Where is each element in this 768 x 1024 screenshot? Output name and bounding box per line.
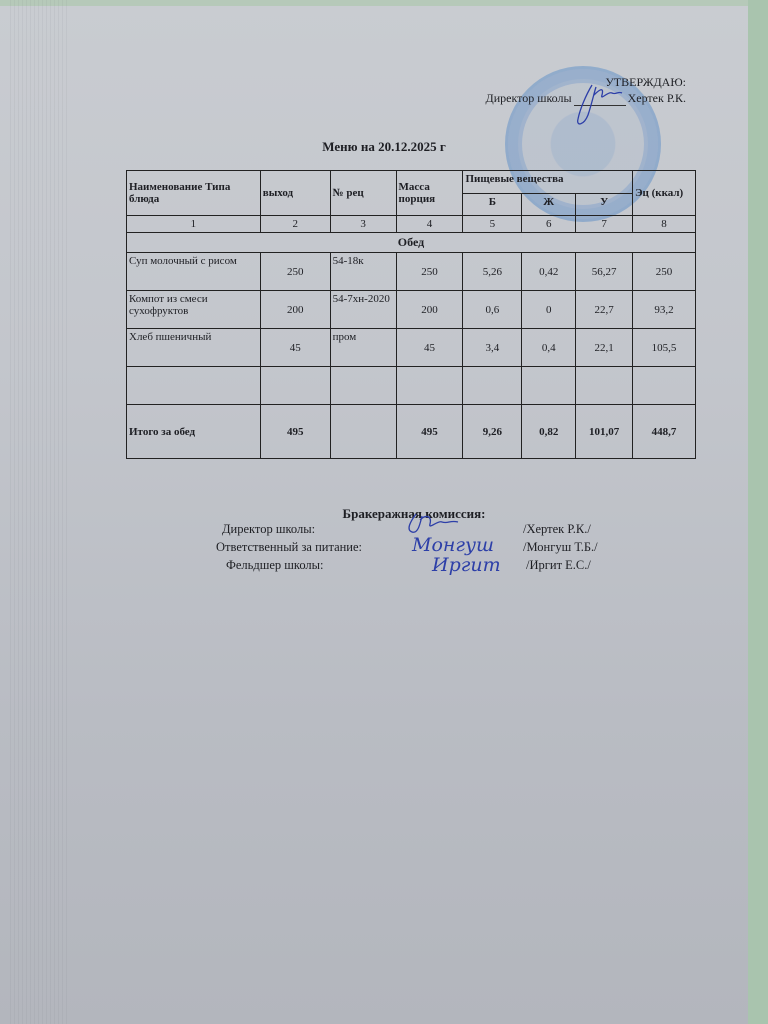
column-number: 5	[463, 216, 522, 233]
dish-name: Суп молочный с рисом	[127, 253, 261, 291]
total-fat: 0,82	[522, 405, 576, 459]
dish-carbs: 22,1	[576, 329, 633, 367]
dish-carbs: 56,27	[576, 253, 633, 291]
header-recipe: № рец	[330, 171, 396, 216]
page-title: Меню на 20.12.2025 г	[0, 139, 768, 155]
approval-block: УТВЕРЖДАЮ: Директор школы Хертек Р.К.	[486, 74, 686, 106]
total-protein: 9,26	[463, 405, 522, 459]
total-row: Итого за обед 495 495 9,26 0,82 101,07 4…	[127, 405, 696, 459]
dish-recipe: 54-18к	[330, 253, 396, 291]
approval-role: Директор школы	[486, 90, 572, 106]
header-name: Наименование Типа блюда	[127, 171, 261, 216]
dish-protein: 3,4	[463, 329, 522, 367]
member-role: Фельдшер школы:	[226, 558, 324, 573]
total-mass: 495	[396, 405, 463, 459]
column-number: 7	[576, 216, 633, 233]
dish-mass: 45	[396, 329, 463, 367]
column-number: 6	[522, 216, 576, 233]
dish-output: 250	[260, 253, 330, 291]
empty-cell	[633, 367, 696, 405]
header-output: выход	[260, 171, 330, 216]
dish-name: Компот из смеси сухофруктов	[127, 291, 261, 329]
signature-icon	[402, 510, 482, 536]
dish-mass: 250	[396, 253, 463, 291]
empty-row	[127, 367, 696, 405]
column-number: 3	[330, 216, 396, 233]
menu-table: Наименование Типа блюда выход № рец Масс…	[126, 170, 696, 459]
table-row: Хлеб пшеничный 45 пром 45 3,4 0,4 22,1 1…	[127, 329, 696, 367]
dish-recipe: пром	[330, 329, 396, 367]
commission-member: Ответственный за питание: Монгуш /Монгуш…	[0, 540, 768, 558]
approval-name: Хертек Р.К.	[628, 90, 686, 106]
dish-fat: 0,4	[522, 329, 576, 367]
table-row: Компот из смеси сухофруктов 200 54-7хн-2…	[127, 291, 696, 329]
empty-cell	[463, 367, 522, 405]
commission-block: Бракеражная комиссия: Директор школы: /Х…	[0, 506, 768, 576]
column-number: 2	[260, 216, 330, 233]
dish-protein: 0,6	[463, 291, 522, 329]
dish-fat: 0	[522, 291, 576, 329]
header-energy: Эц (ккал)	[633, 171, 696, 216]
dish-output: 200	[260, 291, 330, 329]
member-name: /Монгуш Т.Б./	[523, 540, 598, 555]
total-output: 495	[260, 405, 330, 459]
member-role: Директор школы:	[222, 522, 315, 537]
dish-energy: 105,5	[633, 329, 696, 367]
member-signature: Монгуш	[412, 534, 494, 556]
dish-carbs: 22,7	[576, 291, 633, 329]
commission-member: Фельдшер школы: Иргит /Иргит Е.С./	[0, 558, 768, 576]
header-mass: Масса порция	[396, 171, 463, 216]
column-number: 1	[127, 216, 261, 233]
section-row: Обед	[127, 233, 696, 253]
empty-cell	[127, 367, 261, 405]
document-page: УТВЕРЖДАЮ: Директор школы Хертек Р.К. Ме…	[0, 0, 748, 1024]
member-name: /Хертек Р.К./	[523, 522, 591, 537]
empty-cell	[576, 367, 633, 405]
header-nutrients: Пищевые вещества	[463, 171, 633, 194]
header-fat: Ж	[522, 193, 576, 216]
approval-signature-line	[574, 93, 626, 106]
dish-energy: 250	[633, 253, 696, 291]
total-energy: 448,7	[633, 405, 696, 459]
header-protein: Б	[463, 193, 522, 216]
empty-cell	[396, 367, 463, 405]
table-header-row: Наименование Типа блюда выход № рец Масс…	[127, 171, 696, 194]
column-number-row: 1 2 3 4 5 6 7 8	[127, 216, 696, 233]
total-label: Итого за обед	[127, 405, 261, 459]
commission-member: Директор школы: /Хертек Р.К./	[0, 522, 768, 540]
column-number: 4	[396, 216, 463, 233]
member-signature: Иргит	[432, 554, 501, 576]
total-carbs: 101,07	[576, 405, 633, 459]
signature-icon	[574, 79, 626, 129]
dish-protein: 5,26	[463, 253, 522, 291]
dish-name: Хлеб пшеничный	[127, 329, 261, 367]
member-name: /Иргит Е.С./	[526, 558, 591, 573]
dish-recipe: 54-7хн-2020	[330, 291, 396, 329]
dish-mass: 200	[396, 291, 463, 329]
section-title: Обед	[127, 233, 696, 253]
dish-energy: 93,2	[633, 291, 696, 329]
header-carbs: У	[576, 193, 633, 216]
empty-cell	[330, 367, 396, 405]
total-recipe	[330, 405, 396, 459]
dish-output: 45	[260, 329, 330, 367]
table-row: Суп молочный с рисом 250 54-18к 250 5,26…	[127, 253, 696, 291]
column-number: 8	[633, 216, 696, 233]
empty-cell	[522, 367, 576, 405]
empty-cell	[260, 367, 330, 405]
dish-fat: 0,42	[522, 253, 576, 291]
